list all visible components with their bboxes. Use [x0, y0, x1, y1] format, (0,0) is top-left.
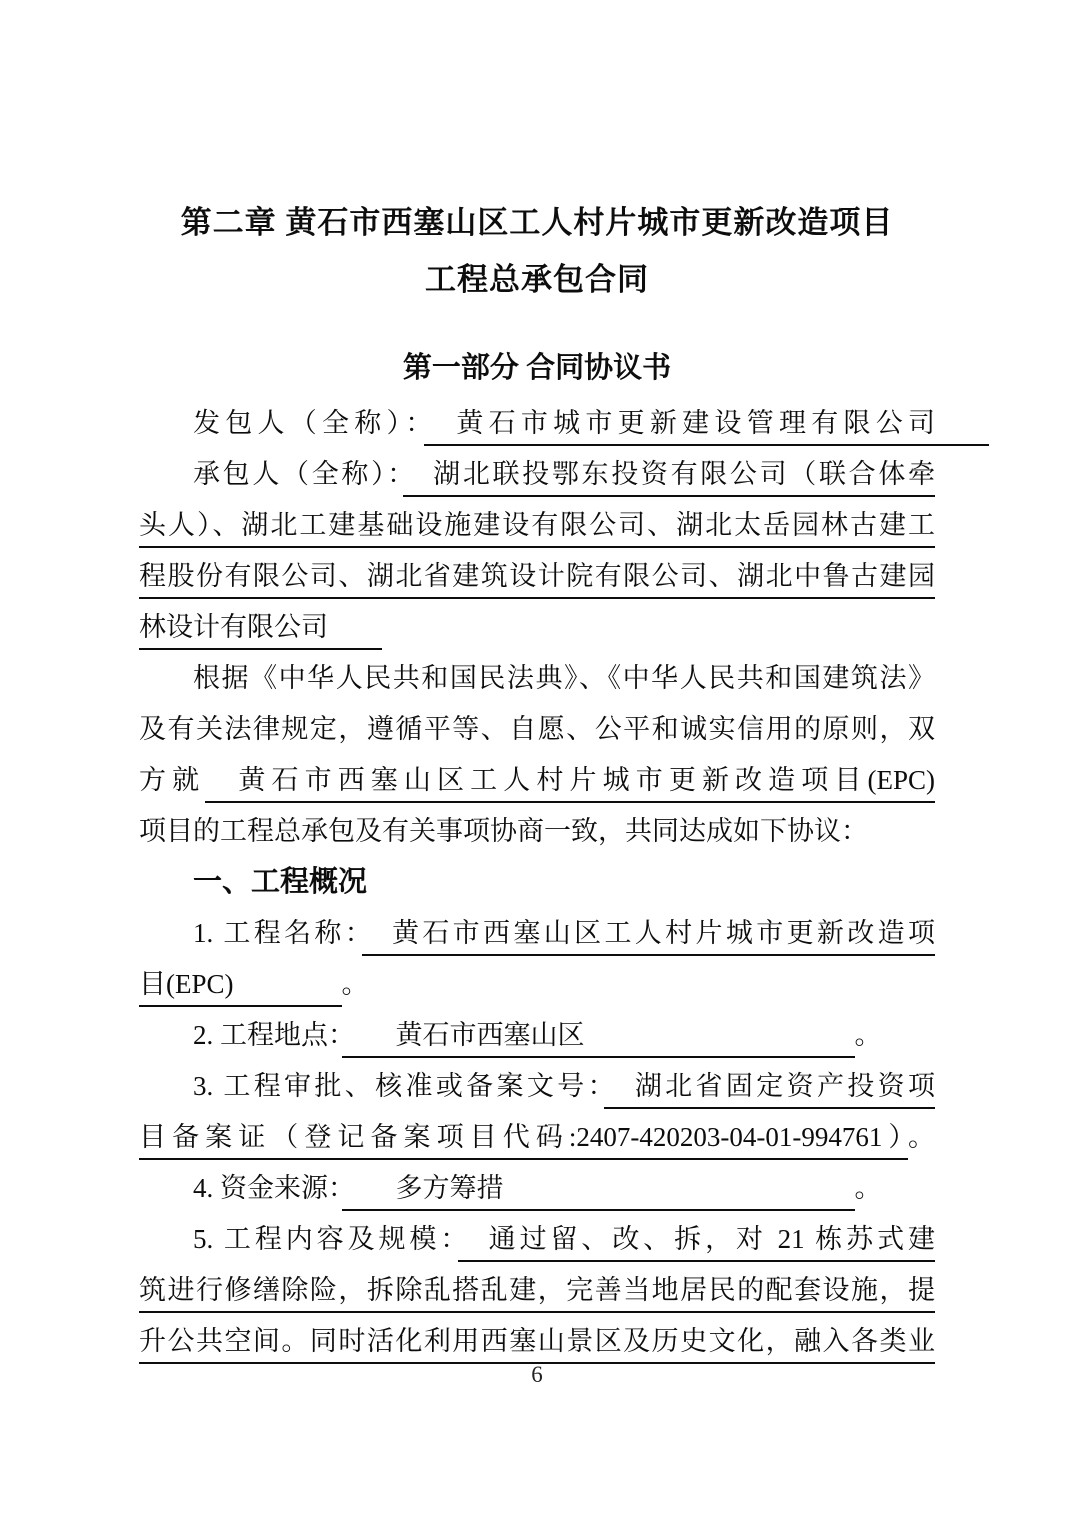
text-segment: 承包人（全称）：: [193, 459, 403, 489]
fill-in-value: 目(EPC): [139, 969, 342, 1007]
fill-in-value: 多方筹措: [342, 1173, 855, 1211]
page-number: 6: [0, 1362, 1074, 1388]
fill-in-value: 通过留、改、拆，对 21 栋苏式建: [458, 1224, 935, 1262]
document-content: 第二章 黄石市西塞山区工人村片城市更新改造项目 工程总承包合同 第一部分 合同协…: [139, 0, 935, 1367]
fill-in-value: 目备案证（登记备案项目代码:2407-420203-04-01-994761）: [139, 1122, 908, 1160]
item-project-name-continued: 目(EPC) 。: [139, 959, 935, 1010]
text-segment: 方就: [139, 765, 205, 795]
fill-in-value: 黄石市西塞山区工人村片城市更新改造项目(EPC): [205, 765, 935, 803]
text-segment: 。: [342, 969, 369, 999]
text-segment: 一、工程概况: [193, 866, 367, 898]
section-heading: 一、工程概况: [139, 857, 935, 908]
document-title: 第二章 黄石市西塞山区工人村片城市更新改造项目 工程总承包合同: [139, 194, 935, 308]
fill-in-value: 黄石市西塞山区: [342, 1020, 855, 1058]
fill-in-value: 湖北省固定资产投资项: [604, 1071, 935, 1109]
text-segment: 及有关法律规定，遵循平等、自愿、公平和诚实信用的原则，双: [139, 714, 935, 744]
text-segment: 2. 工程地点：: [193, 1020, 342, 1050]
fill-in-value: 程股份有限公司、湖北省建筑设计院有限公司、湖北中鲁古建园: [139, 561, 935, 599]
text-segment: 。: [855, 1020, 882, 1050]
contractor-line-continued: 头人）、湖北工建基础设施建设有限公司、湖北太岳园林古建工: [139, 500, 935, 551]
text-segment: 1. 工程名称：: [193, 918, 362, 948]
text-segment: 发包人（全称）：: [193, 408, 424, 438]
preamble-line: 方就 黄石市西塞山区工人村片城市更新改造项目(EPC): [139, 755, 935, 806]
fill-in-value: 林设计有限公司: [139, 612, 382, 650]
item-scope: 5. 工程内容及规模： 通过留、改、拆，对 21 栋苏式建: [139, 1214, 935, 1265]
text-segment: 根据《中华人民共和国民法典》、《中华人民共和国建筑法》: [193, 663, 935, 693]
contractor-line: 承包人（全称）： 湖北联投鄂东投资有限公司（联合体牵: [139, 449, 935, 500]
text-segment: 4. 资金来源：: [193, 1173, 342, 1203]
employer-line: 发包人（全称）： 黄石市城市更新建设管理有限公司: [139, 398, 935, 449]
text-segment: 。: [908, 1122, 935, 1152]
document-title-line1: 第二章 黄石市西塞山区工人村片城市更新改造项目: [139, 194, 935, 251]
preamble-line: 及有关法律规定，遵循平等、自愿、公平和诚实信用的原则，双: [139, 704, 935, 755]
text-segment: 。: [855, 1173, 882, 1203]
item-project-name: 1. 工程名称： 黄石市西塞山区工人村片城市更新改造项: [139, 908, 935, 959]
text-segment: 5. 工程内容及规模：: [193, 1224, 458, 1254]
fill-in-value: 湖北联投鄂东投资有限公司（联合体牵: [403, 459, 935, 497]
preamble-line: 根据《中华人民共和国民法典》、《中华人民共和国建筑法》: [139, 653, 935, 704]
document-page: 第二章 黄石市西塞山区工人村片城市更新改造项目 工程总承包合同 第一部分 合同协…: [0, 0, 1074, 1520]
item-scope-continued: 筑进行修缮除险，拆除乱搭乱建，完善当地居民的配套设施，提: [139, 1265, 935, 1316]
item-approval-number: 3. 工程审批、核准或备案文号： 湖北省固定资产投资项: [139, 1061, 935, 1112]
document-body: 发包人（全称）： 黄石市城市更新建设管理有限公司 承包人（全称）： 湖北联投鄂东…: [139, 398, 935, 1367]
contractor-line-continued: 林设计有限公司: [139, 602, 935, 653]
text-segment: 3. 工程审批、核准或备案文号：: [193, 1071, 604, 1101]
item-approval-number-continued: 目备案证（登记备案项目代码:2407-420203-04-01-994761）。: [139, 1112, 935, 1163]
item-funding-source: 4. 资金来源： 多方筹措 。: [139, 1163, 935, 1214]
document-title-line2: 工程总承包合同: [139, 251, 935, 308]
fill-in-value: 筑进行修缮除险，拆除乱搭乱建，完善当地居民的配套设施，提: [139, 1275, 935, 1313]
fill-in-value: 黄石市西塞山区工人村片城市更新改造项: [362, 918, 935, 956]
fill-in-value: 头人）、湖北工建基础设施建设有限公司、湖北太岳园林古建工: [139, 510, 935, 548]
text-segment: 项目的工程总承包及有关事项协商一致，共同达成如下协议：: [139, 816, 868, 846]
contractor-line-continued: 程股份有限公司、湖北省建筑设计院有限公司、湖北中鲁古建园: [139, 551, 935, 602]
item-scope-continued: 升公共空间。同时活化利用西塞山景区及历史文化，融入各类业: [139, 1316, 935, 1367]
fill-in-value: 升公共空间。同时活化利用西塞山景区及历史文化，融入各类业: [139, 1326, 935, 1364]
preamble-line: 项目的工程总承包及有关事项协商一致，共同达成如下协议：: [139, 806, 935, 857]
fill-in-value: 黄石市城市更新建设管理有限公司: [424, 408, 989, 446]
part-heading: 第一部分 合同协议书: [139, 348, 935, 388]
item-project-location: 2. 工程地点： 黄石市西塞山区 。: [139, 1010, 935, 1061]
